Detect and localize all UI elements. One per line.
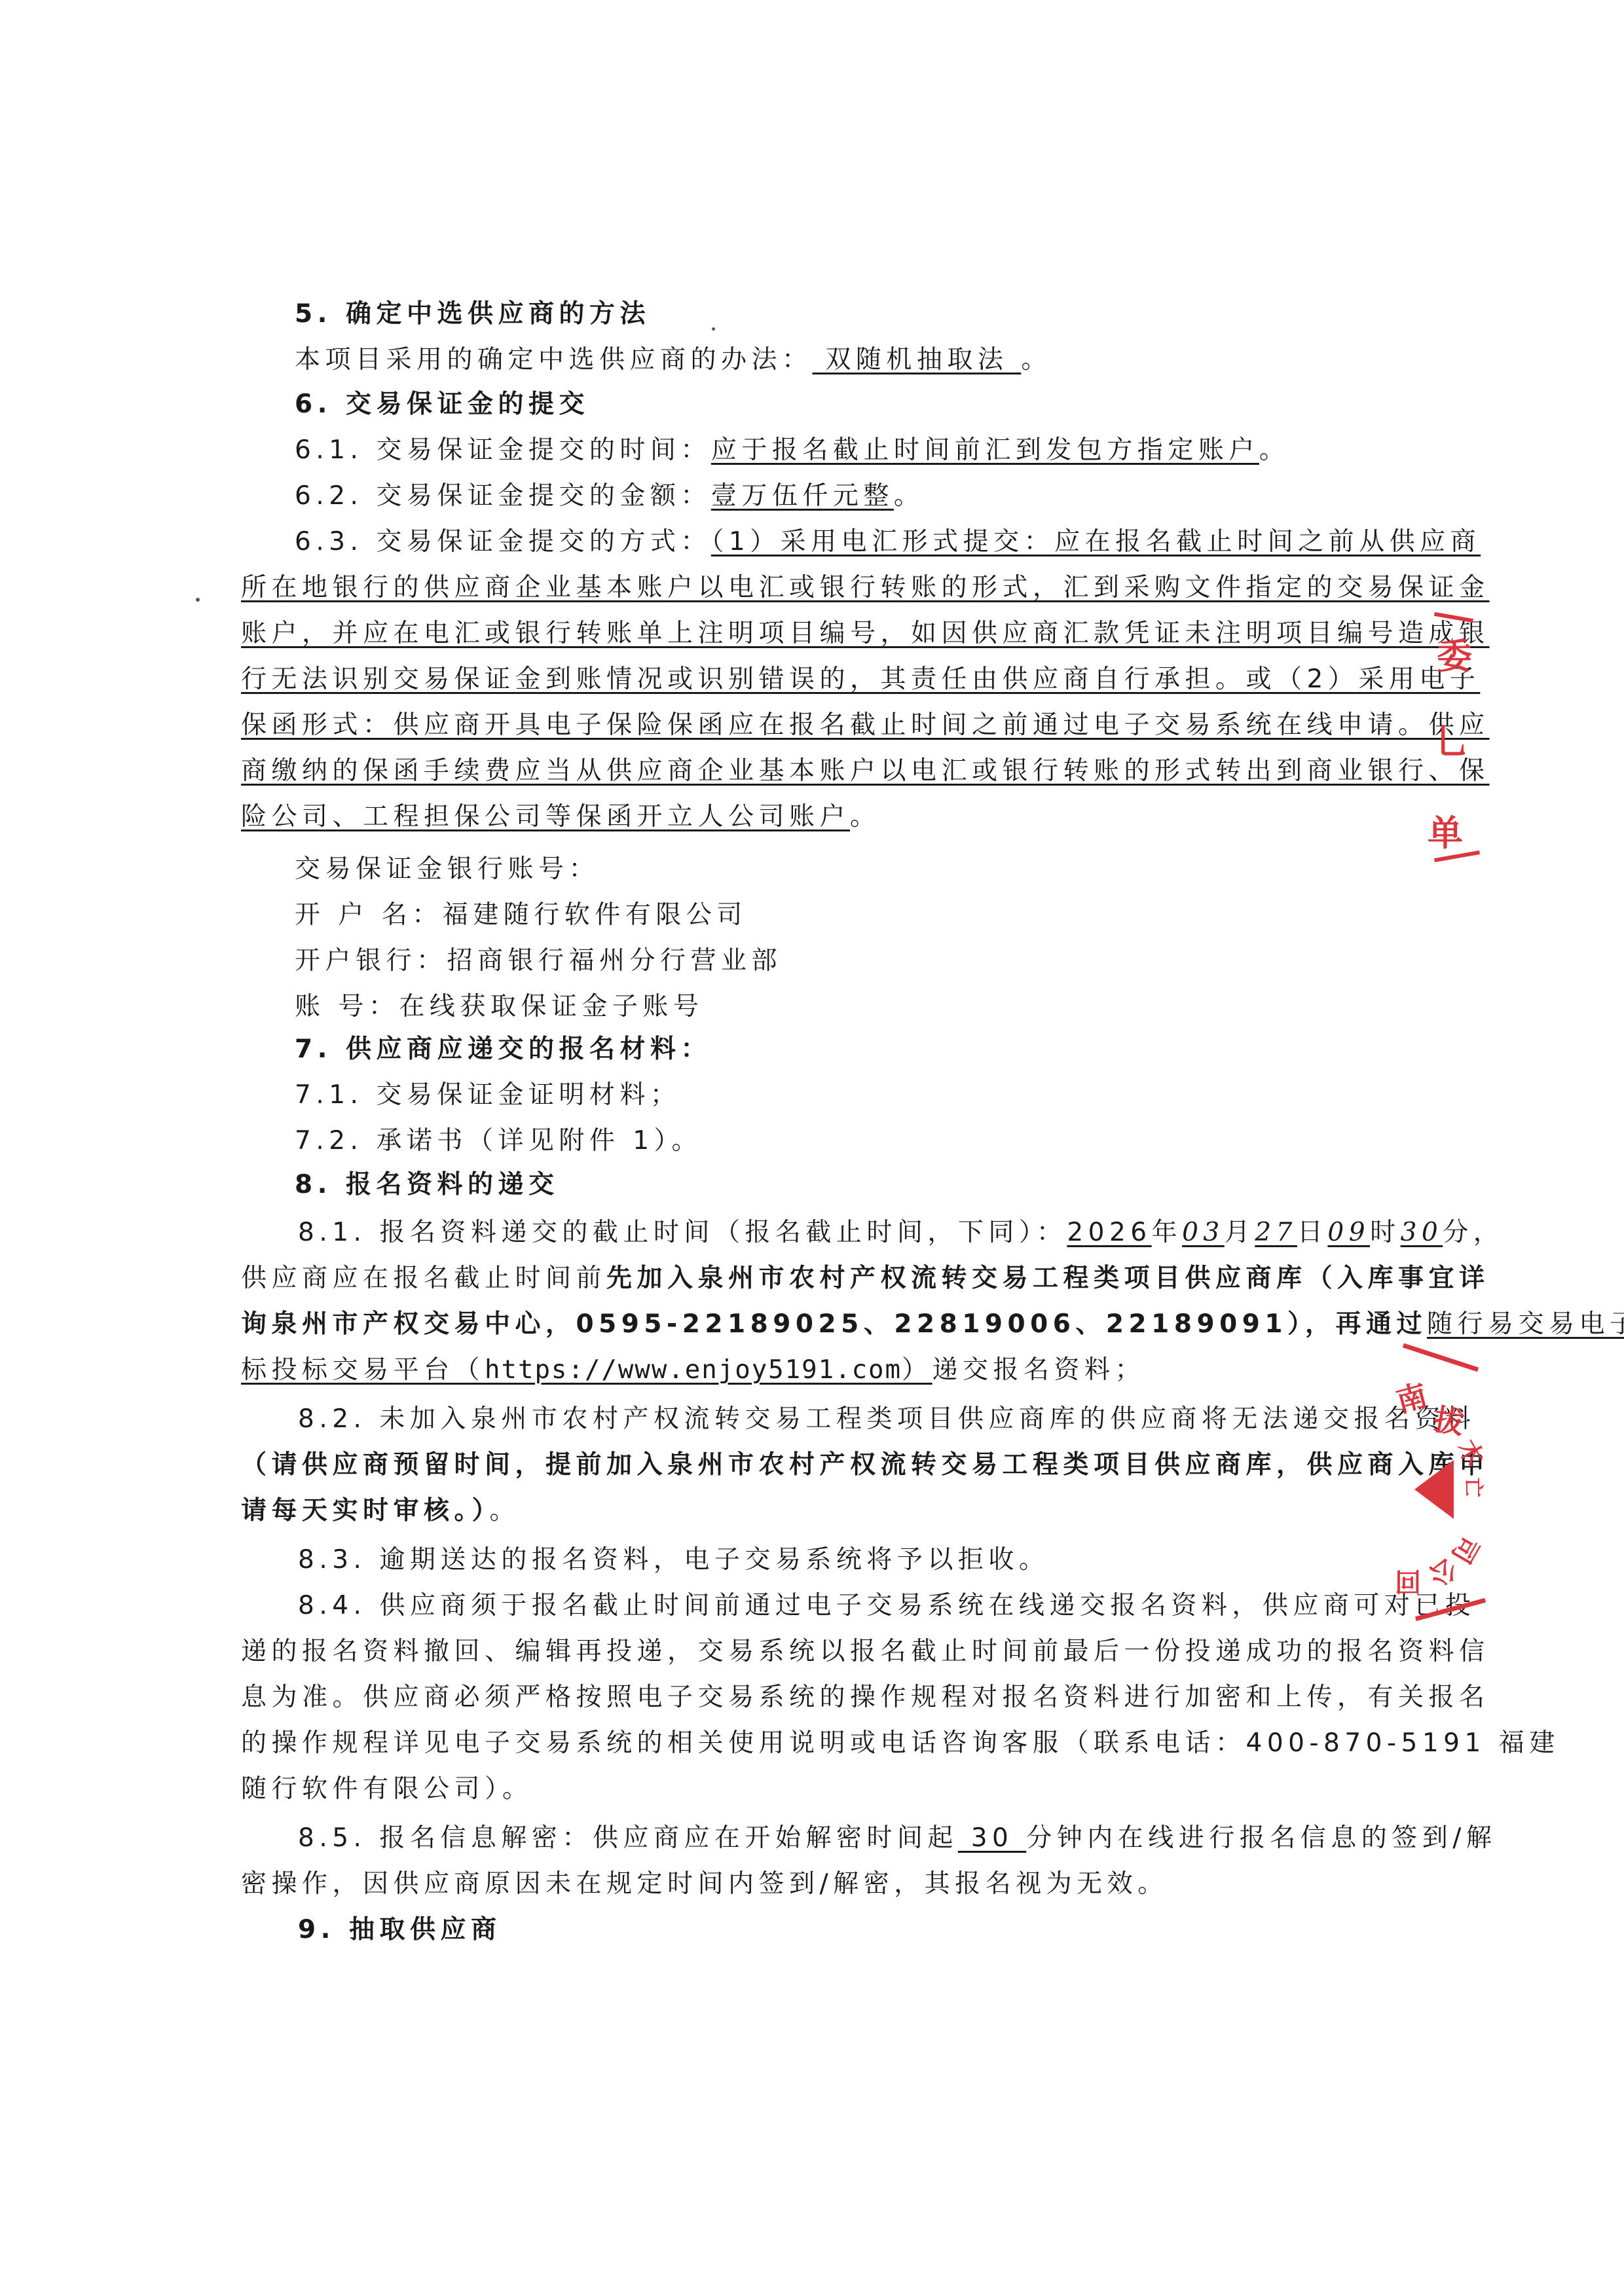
item-8-2: 8.2. 未加入泉州市农村产权流转交易工程类项目供应商库的供应商将无法递交报名资… bbox=[298, 1401, 1385, 1438]
item-6-3-line-5: 保函形式：供应商开具电子保险保函应在报名截止时间之前通过电子交易系统在线申请。供… bbox=[241, 707, 1384, 744]
deposit-amount-value: 壹万伍仟元整 bbox=[711, 481, 894, 511]
seal-stamp-top: 委 乚 单 bbox=[1428, 609, 1493, 871]
stamp-arc-top bbox=[1434, 612, 1473, 623]
item-8-1-line-2: 供应商应在报名截止时间前先加入泉州市农村产权流转交易工程类项目供应商库（入库事宜… bbox=[241, 1260, 1384, 1297]
seal-stamp-bottom: 南 拔 木 亡 司 公 回 bbox=[1388, 1349, 1493, 1624]
item-6-3-line-7: 险公司、工程担保公司等保函开立人公司账户。 bbox=[241, 799, 1384, 835]
item-8-5: 8.5. 报名信息解密：供应商应在开始解密时间起 30 分钟内在线进行报名信息的… bbox=[298, 1820, 1385, 1857]
item-8-4-line-2: 递的报名资料撤回、编辑再投递，交易系统以报名截止时间前最后一份投递成功的报名资料… bbox=[241, 1633, 1384, 1670]
section-8-heading: 8. 报名资料的递交 bbox=[295, 1167, 1385, 1203]
item-6-3-line-3: 账户，并应在电汇或银行转账单上注明项目编号，如因供应商汇款凭证未注明项目编号造成… bbox=[241, 615, 1384, 652]
item-8-1: 8.1. 报名资料递交的截止时间（报名截止时间，下同）：2026年03月27日0… bbox=[298, 1214, 1385, 1251]
section-9-heading: 9. 抽取供应商 bbox=[298, 1912, 1385, 1948]
account-name: 福建随行软件有限公司 bbox=[443, 900, 747, 930]
item-6-3-line-4: 行无法识别交易保证金到账情况或识别错误的，其责任由供应商自行承担。或（2）采用电… bbox=[241, 661, 1384, 698]
account-number-row: 账 号：在线获取保证金子账号 bbox=[295, 989, 1385, 1025]
item-6-3: 6.3. 交易保证金提交的方式：（1）采用电汇形式提交：应在报名截止时间之前从供… bbox=[295, 524, 1385, 560]
scan-speck bbox=[712, 327, 715, 331]
method-value: 双随机抽取法 bbox=[813, 345, 1022, 374]
stamp-char: 乚 bbox=[1434, 714, 1469, 764]
account-name-row: 开 户 名：福建随行软件有限公司 bbox=[295, 897, 1385, 934]
section-5-method: 本项目采用的确定中选供应商的办法： 双随机抽取法 。 bbox=[295, 342, 1385, 378]
platform-link[interactable]: 随行易交易电子招 bbox=[1427, 1309, 1624, 1339]
deadline-day: 27 bbox=[1255, 1218, 1297, 1247]
item-8-1-line-4: 标投标交易平台（https://www.enjoy5191.com）递交报名资料… bbox=[241, 1352, 1384, 1389]
stamp-star-icon bbox=[1414, 1460, 1454, 1519]
item-8-4: 8.4. 供应商须于报名截止时间前通过电子交易系统在线递交报名资料，供应商可对已… bbox=[298, 1588, 1385, 1624]
item-8-4-line-4: 的操作规程详见电子交易系统的相关使用说明或电话咨询客服（联系电话：400-870… bbox=[241, 1725, 1384, 1762]
section-6-heading: 6. 交易保证金的提交 bbox=[295, 386, 1385, 423]
item-8-4-line-3: 息为准。供应商必须严格按照电子交易系统的操作规程对报名资料进行加密和上传，有关报… bbox=[241, 1679, 1384, 1716]
deadline-minute: 30 bbox=[1401, 1218, 1443, 1247]
item-6-3-line-6: 商缴纳的保函手续费应当从供应商企业基本账户以电汇或银行转账的形式转出到商业银行、… bbox=[241, 753, 1384, 790]
stamp-char: 回 bbox=[1395, 1565, 1421, 1602]
stamp-char: 拔 bbox=[1431, 1396, 1468, 1444]
item-6-3-line-2: 所在地银行的供应商企业基本账户以电汇或银行转账的形式，汇到采购文件指定的交易保证… bbox=[241, 570, 1384, 606]
item-8-2-line-3: 请每天实时审核。）。 bbox=[241, 1493, 1384, 1529]
stamp-arc-bottom bbox=[1415, 1598, 1486, 1621]
item-6-1: 6.1. 交易保证金提交的时间：应于报名截止时间前汇到发包方指定账户。 bbox=[295, 432, 1385, 469]
item-8-2-line-2: （请供应商预留时间，提前加入泉州市农村产权流转交易工程类项目供应商库，供应商入库… bbox=[241, 1447, 1384, 1484]
deadline-month: 03 bbox=[1182, 1218, 1225, 1247]
deposit-time-value: 应于报名截止时间前汇到发包方指定账户 bbox=[711, 435, 1259, 465]
platform-url[interactable]: https://www.enjoy5191.com bbox=[485, 1355, 902, 1385]
section-5-heading: 5. 确定中选供应商的方法 bbox=[295, 296, 1385, 333]
stamp-char: 亡 bbox=[1461, 1478, 1490, 1497]
account-number: 在线获取保证金子账号 bbox=[399, 992, 703, 1021]
document-page: 5. 确定中选供应商的方法 本项目采用的确定中选供应商的办法： 双随机抽取法 。… bbox=[0, 0, 1624, 2296]
margin-dot bbox=[196, 598, 200, 602]
stamp-char: 单 bbox=[1428, 805, 1463, 856]
item-8-4-line-5: 随行软件有限公司）。 bbox=[241, 1771, 1384, 1808]
stamp-char: 委 bbox=[1437, 629, 1472, 679]
section-7-heading: 7. 供应商应递交的报名材料： bbox=[295, 1031, 1385, 1068]
stamp-char: 南 bbox=[1391, 1372, 1431, 1421]
item-8-1-line-3: 询泉州市产权交易中心，0595-22189025、22819006、221890… bbox=[241, 1306, 1384, 1343]
item-8-3: 8.3. 逾期送达的报名资料，电子交易系统将予以拒收。 bbox=[298, 1542, 1385, 1578]
bank-name: 招商银行福州分行营业部 bbox=[447, 946, 783, 975]
item-6-2: 6.2. 交易保证金提交的金额：壹万伍仟元整。 bbox=[295, 478, 1385, 515]
decrypt-minutes: 30 bbox=[958, 1823, 1026, 1853]
bank-row: 开户银行：招商银行福州分行营业部 bbox=[295, 943, 1385, 979]
deadline-hour: 09 bbox=[1327, 1218, 1370, 1247]
item-7-1: 7.1. 交易保证金证明材料； bbox=[295, 1077, 1385, 1114]
stamp-arc-top bbox=[1403, 1343, 1479, 1372]
bank-account-title: 交易保证金银行账号： bbox=[295, 851, 1385, 888]
item-7-2: 7.2. 承诺书（详见附件 1）。 bbox=[295, 1123, 1385, 1159]
deadline-year: 2026 bbox=[1067, 1218, 1151, 1247]
item-8-5-line-2: 密操作，因供应商原因未在规定时间内签到/解密，其报名视为无效。 bbox=[241, 1866, 1384, 1903]
